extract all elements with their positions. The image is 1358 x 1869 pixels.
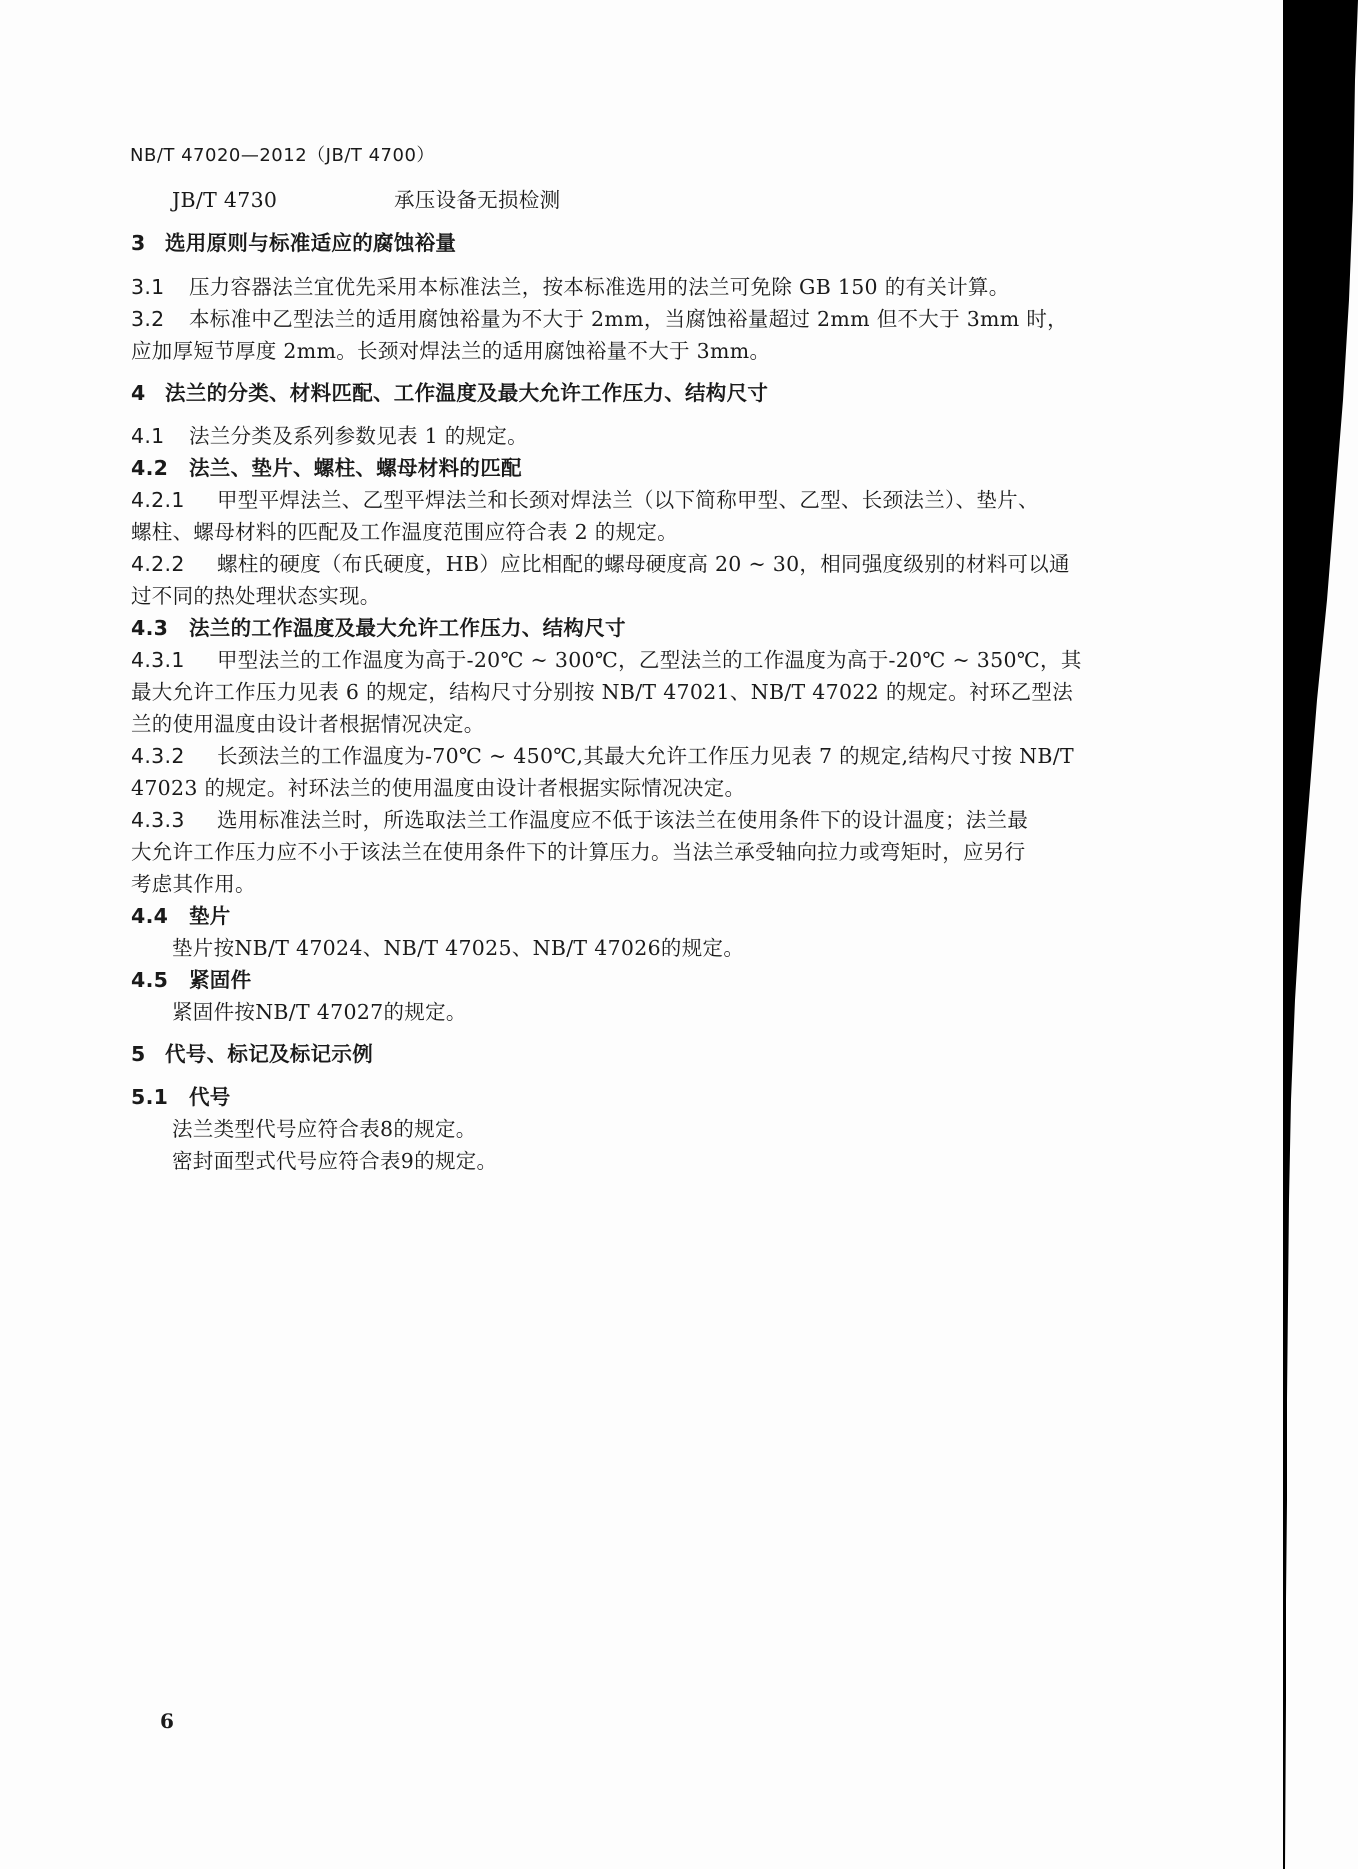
clause-3-1: 3.1压力容器法兰宜优先采用本标准法兰，按本标准选用的法兰可免除 GB 150 … <box>131 274 1010 300</box>
clause-3-2-cont: 应加厚短节厚度 2mm。长颈对焊法兰的适用腐蚀裕量不大于 3mm。 <box>131 338 770 364</box>
clause-4-3-3: 4.3.3选用标准法兰时，所选取法兰工作温度应不低于该法兰在使用条件下的设计温度… <box>131 807 1028 833</box>
section-5-heading: 5代号、标记及标记示例 <box>131 1041 373 1067</box>
clause-5-1-text-2: 密封面型式代号应符合表9的规定。 <box>172 1148 497 1174</box>
clause-4-3-3-cont-2: 考虑其作用。 <box>131 871 256 897</box>
clause-4-3-2: 4.3.2长颈法兰的工作温度为-70℃ ~ 450℃,其最大允许工作压力见表 7… <box>131 743 1074 769</box>
clause-4-4-text: 垫片按NB/T 47024、NB/T 47025、NB/T 47026的规定。 <box>172 935 744 961</box>
scanner-edge-shadow <box>1283 0 1358 1869</box>
clause-4-5-text: 紧固件按NB/T 47027的规定。 <box>172 999 467 1025</box>
reference-entry: JB/T 4730承压设备无损检测 <box>172 187 560 213</box>
reference-code: JB/T 4730 <box>172 187 394 213</box>
running-header: NB/T 47020—2012（JB/T 4700） <box>130 143 435 169</box>
clause-4-2-2-cont: 过不同的热处理状态实现。 <box>131 583 381 609</box>
clause-4-2-1-cont: 螺柱、螺母材料的匹配及工作温度范围应符合表 2 的规定。 <box>131 519 678 545</box>
clause-4-3-1-cont-1: 最大允许工作压力见表 6 的规定，结构尺寸分别按 NB/T 47021、NB/T… <box>131 679 1073 705</box>
clause-4-2-1: 4.2.1甲型平焊法兰、乙型平焊法兰和长颈对焊法兰（以下简称甲型、乙型、长颈法兰… <box>131 487 1039 513</box>
clause-5-1-text-1: 法兰类型代号应符合表8的规定。 <box>172 1116 477 1142</box>
clause-4-3-2-cont: 47023 的规定。衬环法兰的使用温度由设计者根据实际情况决定。 <box>131 775 745 801</box>
reference-title: 承压设备无损检测 <box>394 188 560 212</box>
clause-4-5-heading: 4.5紧固件 <box>131 967 251 993</box>
clause-5-1-heading: 5.1代号 <box>131 1084 231 1110</box>
clause-4-2-heading: 4.2法兰、垫片、螺柱、螺母材料的匹配 <box>131 455 522 481</box>
document-page: NB/T 47020—2012（JB/T 4700） JB/T 4730承压设备… <box>0 0 1358 1869</box>
clause-3-2: 3.2本标准中乙型法兰的适用腐蚀裕量为不大于 2mm，当腐蚀裕量超过 2mm 但… <box>131 306 1068 332</box>
clause-4-3-heading: 4.3法兰的工作温度及最大允许工作压力、结构尺寸 <box>131 615 626 641</box>
clause-4-1: 4.1法兰分类及系列参数见表 1 的规定。 <box>131 423 528 449</box>
clause-4-3-1: 4.3.1甲型法兰的工作温度为高于-20℃ ~ 300℃，乙型法兰的工作温度为高… <box>131 647 1082 673</box>
clause-4-2-2: 4.2.2螺柱的硬度（布氏硬度，HB）应比相配的螺母硬度高 20 ~ 30，相同… <box>131 551 1070 577</box>
section-4-heading: 4法兰的分类、材料匹配、工作温度及最大允许工作压力、结构尺寸 <box>131 380 768 406</box>
page-number: 6 <box>160 1708 174 1734</box>
clause-4-3-1-cont-2: 兰的使用温度由设计者根据情况决定。 <box>131 711 485 737</box>
clause-4-3-3-cont-1: 大允许工作压力应不小于该法兰在使用条件下的计算压力。当法兰承受轴向拉力或弯矩时，… <box>131 839 1025 865</box>
clause-4-4-heading: 4.4垫片 <box>131 903 231 929</box>
section-3-heading: 3选用原则与标准适应的腐蚀裕量 <box>131 230 456 256</box>
